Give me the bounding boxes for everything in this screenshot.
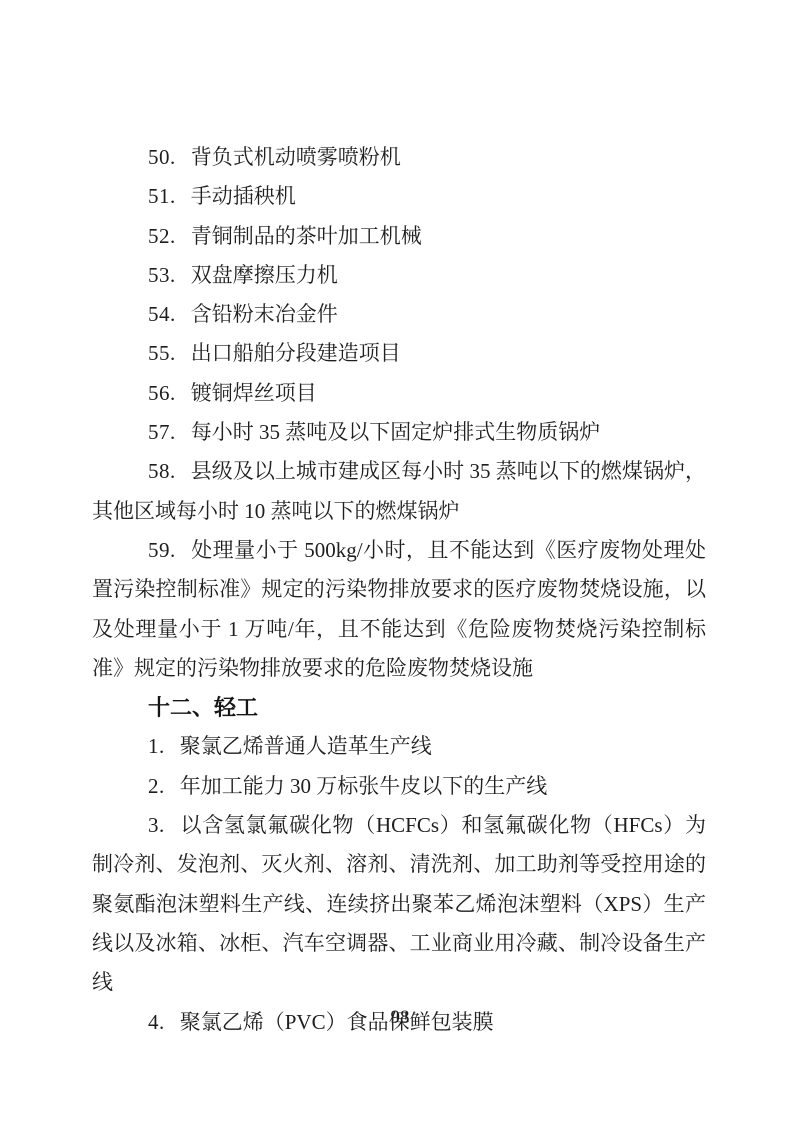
item-text: 背负式机动喷雾喷粉机 xyxy=(191,145,401,169)
item-text: 县级及以上城市建成区每小时 35 蒸吨以下的燃煤锅炉，其他区域每小时 10 蒸吨… xyxy=(92,459,706,522)
list-item-1: 1.聚氯乙烯普通人造革生产线 xyxy=(92,727,706,766)
list-item-57: 57.每小时 35 蒸吨及以下固定炉排式生物质锅炉 xyxy=(92,413,706,452)
item-number: 53. xyxy=(148,263,176,287)
list-item-2: 2.年加工能力 30 万标张牛皮以下的生产线 xyxy=(92,767,706,806)
list-item-51: 51.手动插秧机 xyxy=(92,177,706,216)
item-number: 55. xyxy=(148,341,176,365)
item-number: 56. xyxy=(148,381,176,405)
list-item-56: 56.镀铜焊丝项目 xyxy=(92,374,706,413)
list-item-58: 58.县级及以上城市建成区每小时 35 蒸吨以下的燃煤锅炉，其他区域每小时 10… xyxy=(92,452,706,531)
item-text: 聚氯乙烯普通人造革生产线 xyxy=(180,734,432,758)
item-number: 59. xyxy=(148,538,176,562)
list-item-55: 55.出口船舶分段建造项目 xyxy=(92,334,706,373)
item-number: 2. xyxy=(148,774,165,798)
list-item-59: 59.处理量小于 500kg/小时，且不能达到《医疗废物处理处置污染控制标准》规… xyxy=(92,531,706,688)
item-text: 镀铜焊丝项目 xyxy=(191,381,317,405)
page-number: 98 xyxy=(0,1006,800,1030)
item-number: 54. xyxy=(148,302,176,326)
item-number: 1. xyxy=(148,734,165,758)
document-body: 50.背负式机动喷雾喷粉机 51.手动插秧机 52.青铜制品的茶叶加工机械 53… xyxy=(92,138,706,1042)
list-item-54: 54.含铅粉末冶金件 xyxy=(92,295,706,334)
list-item-53: 53.双盘摩擦压力机 xyxy=(92,256,706,295)
list-item-3: 3.以含氢氯氟碳化物（HCFCs）和氢氟碳化物（HFCs）为制冷剂、发泡剂、灭火… xyxy=(92,806,706,1002)
item-number: 57. xyxy=(148,420,176,444)
section-heading: 十二、轻工 xyxy=(92,688,706,727)
item-text: 处理量小于 500kg/小时，且不能达到《医疗废物处理处置污染控制标准》规定的污… xyxy=(92,538,706,680)
item-number: 51. xyxy=(148,184,176,208)
item-text: 含铅粉末冶金件 xyxy=(191,302,338,326)
item-number: 50. xyxy=(148,145,176,169)
item-text: 以含氢氯氟碳化物（HCFCs）和氢氟碳化物（HFCs）为制冷剂、发泡剂、灭火剂、… xyxy=(92,813,706,994)
item-text: 年加工能力 30 万标张牛皮以下的生产线 xyxy=(180,774,548,798)
item-text: 手动插秧机 xyxy=(191,184,296,208)
item-text: 每小时 35 蒸吨及以下固定炉排式生物质锅炉 xyxy=(191,420,601,444)
item-text: 出口船舶分段建造项目 xyxy=(191,341,401,365)
item-text: 双盘摩擦压力机 xyxy=(191,263,338,287)
list-item-50: 50.背负式机动喷雾喷粉机 xyxy=(92,138,706,177)
item-number: 58. xyxy=(148,459,176,483)
item-number: 3. xyxy=(148,813,165,837)
document-page: 50.背负式机动喷雾喷粉机 51.手动插秧机 52.青铜制品的茶叶加工机械 53… xyxy=(0,0,800,1131)
list-item-52: 52.青铜制品的茶叶加工机械 xyxy=(92,217,706,256)
item-number: 52. xyxy=(148,224,176,248)
item-text: 青铜制品的茶叶加工机械 xyxy=(191,224,422,248)
